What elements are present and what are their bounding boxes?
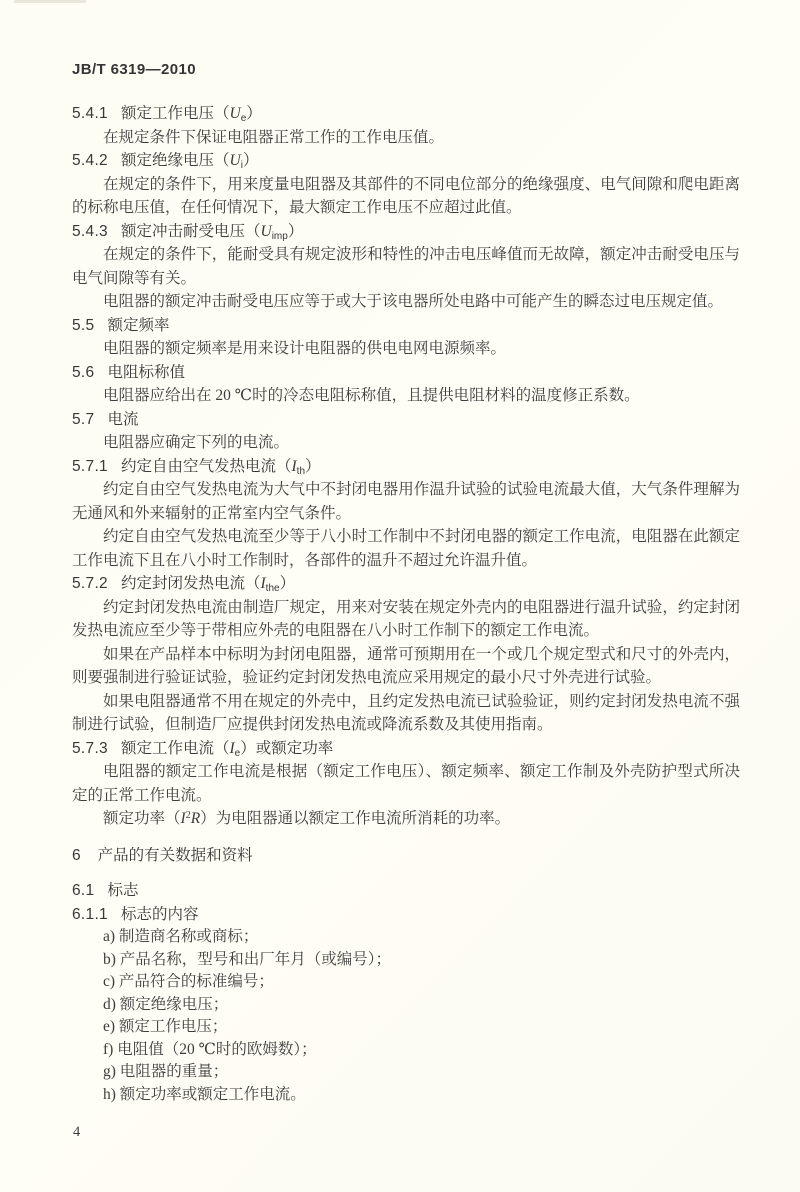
paragraph: 电阻器应确定下列的电流。 bbox=[72, 431, 740, 455]
paragraph: 电阻器的额定频率是用来设计电阻器的供电电网电源频率。 bbox=[72, 337, 740, 361]
text-run: 约定自由空气发热电流为大气中不封闭电器用作温升试验的试验电流最大值，大气条件理解… bbox=[72, 481, 740, 522]
paragraph: 约定封闭发热电流由制造厂规定，用来对安装在规定外壳内的电阻器进行温升试验，约定封… bbox=[72, 596, 740, 643]
text-run: ）为电阻器通以额定工作电流所消耗的功率。 bbox=[200, 810, 510, 827]
symbol-subscript: th bbox=[297, 466, 305, 477]
clause-number: 5.6 bbox=[72, 364, 94, 381]
text-run: 电阻器的额定频率是用来设计电阻器的供电电网电源频率。 bbox=[103, 340, 506, 357]
paragraph: 电阻器的额定工作电流是根据（额定工作电压）、额定频率、额定工作制及外壳防护型式所… bbox=[72, 760, 740, 807]
text-run: 约定自由空气发热电流至少等于八小时工作制中不封闭电器的额定工作电流，电阻器在此额… bbox=[72, 528, 740, 569]
clause-heading: 5.4.1额定工作电压（Ue） bbox=[72, 102, 740, 126]
symbol-variable: U bbox=[230, 105, 241, 122]
symbol-subscript: imp bbox=[272, 231, 288, 242]
list-item: d) 额定绝缘电压； bbox=[72, 994, 740, 1017]
scan-artifact-mark bbox=[14, 0, 86, 3]
scanned-document-page: JB/T 6319—2010 5.4.1额定工作电压（Ue）在规定条件下保证电阻… bbox=[0, 0, 800, 1192]
text-run: ） bbox=[305, 458, 321, 475]
document-code: JB/T 6319—2010 bbox=[72, 61, 196, 78]
text-run: 约定封闭发热电流（ bbox=[121, 575, 261, 592]
text-run: 额定绝缘电压（ bbox=[121, 152, 230, 169]
clause-number: 5.7.1 bbox=[72, 458, 108, 475]
paragraph: 在规定条件下保证电阻器正常工作的工作电压值。 bbox=[72, 126, 740, 150]
text-run: ） bbox=[246, 105, 262, 122]
clause-heading: 6.1标志 bbox=[72, 879, 740, 903]
text-run: 额定工作电压（ bbox=[121, 105, 230, 122]
clause-number: 6.1 bbox=[72, 882, 94, 899]
symbol-variable: U bbox=[261, 223, 272, 240]
list-item: c) 产品符合的标准编号； bbox=[72, 971, 740, 994]
symbol-variable: R bbox=[191, 810, 200, 827]
list-item: a) 制造商名称或商标； bbox=[72, 926, 740, 949]
paragraph: 电阻器的额定冲击耐受电压应等于或大于该电器所处电路中可能产生的瞬态过电压规定值。 bbox=[72, 290, 740, 314]
text-run: ） bbox=[243, 152, 259, 169]
text-run: ） bbox=[288, 223, 304, 240]
text-run: 约定封闭发热电流由制造厂规定，用来对安装在规定外壳内的电阻器进行温升试验，约定封… bbox=[72, 599, 740, 640]
text-run: 电阻器的额定冲击耐受电压应等于或大于该电器所处电路中可能产生的瞬态过电压规定值。 bbox=[103, 293, 723, 310]
clause-heading: 5.7.2约定封闭发热电流（Ithe） bbox=[72, 572, 740, 596]
clause-number: 5.5 bbox=[72, 317, 94, 334]
text-run: 产品的有关数据和资料 bbox=[98, 847, 253, 864]
symbol-subscript: the bbox=[266, 583, 280, 594]
paragraph: 电阻器应给出在 20 ℃时的冷态电阻标称值，且提供电阻材料的温度修正系数。 bbox=[72, 384, 740, 408]
clause-heading: 6.1.1标志的内容 bbox=[72, 903, 740, 927]
text-run: 标志的内容 bbox=[121, 906, 199, 923]
paragraph: 如果电阻器通常不用在规定的外壳中，且约定发热电流已试验验证，则约定封闭发热电流不… bbox=[72, 690, 740, 737]
text-run: 在规定条件下保证电阻器正常工作的工作电压值。 bbox=[103, 129, 444, 146]
list-item: e) 额定工作电压； bbox=[72, 1016, 740, 1039]
clause-heading: 5.7.3额定工作电流（Ie）或额定功率 bbox=[72, 737, 740, 761]
clause-number: 5.4.2 bbox=[72, 152, 108, 169]
text-run: 电流 bbox=[107, 411, 138, 428]
text-run: ） bbox=[280, 575, 296, 592]
clause-heading: 5.7电流 bbox=[72, 408, 740, 432]
paragraph: 在规定的条件下，能耐受具有规定波形和特性的冲击电压峰值而无故障，额定冲击耐受电压… bbox=[72, 243, 740, 290]
clause-heading: 5.4.2额定绝缘电压（Ui） bbox=[72, 149, 740, 173]
paragraph: 在规定的条件下，用来度量电阻器及其部件的不同电位部分的绝缘强度、电气间隙和爬电距… bbox=[72, 173, 740, 220]
text-run: 额定工作电流（ bbox=[121, 740, 230, 757]
clause-number: 5.7 bbox=[72, 411, 94, 428]
list-item: g) 电阻器的重量； bbox=[72, 1061, 740, 1084]
text-run: 额定频率 bbox=[107, 317, 169, 334]
list-item: h) 额定功率或额定工作电流。 bbox=[72, 1084, 740, 1107]
text-run: ）或额定功率 bbox=[240, 740, 333, 757]
text-run: 如果在产品样本中标明为封闭电阻器，通常可预期用在一个或几个规定型式和尺寸的外壳内… bbox=[72, 646, 740, 687]
text-run: b) 产品名称，型号和出厂年月（或编号）； bbox=[103, 951, 391, 968]
paragraph: 如果在产品样本中标明为封闭电阻器，通常可预期用在一个或几个规定型式和尺寸的外壳内… bbox=[72, 643, 740, 690]
text-run: e) 额定工作电压； bbox=[103, 1018, 227, 1035]
text-run: 电阻器应给出在 20 ℃时的冷态电阻标称值，且提供电阻材料的温度修正系数。 bbox=[103, 387, 640, 404]
clause-number: 5.4.3 bbox=[72, 223, 108, 240]
list-item: f) 电阻值（20 ℃时的欧姆数）； bbox=[72, 1039, 740, 1062]
text-run: 如果电阻器通常不用在规定的外壳中，且约定发热电流已试验验证，则约定封闭发热电流不… bbox=[72, 693, 740, 734]
clause-heading: 5.7.1约定自由空气发热电流（Ith） bbox=[72, 455, 740, 479]
symbol-variable: U bbox=[230, 152, 241, 169]
text-run: 标志 bbox=[107, 882, 138, 899]
text-run: a) 制造商名称或商标； bbox=[103, 928, 258, 945]
text-run: h) 额定功率或额定工作电流。 bbox=[103, 1086, 306, 1103]
text-run: 约定自由空气发热电流（ bbox=[121, 458, 292, 475]
clause-number: 5.7.2 bbox=[72, 575, 108, 592]
clause-heading: 5.6电阻标称值 bbox=[72, 361, 740, 385]
list-item: b) 产品名称，型号和出厂年月（或编号）； bbox=[72, 949, 740, 972]
text-run: 在规定的条件下，能耐受具有规定波形和特性的冲击电压峰值而无故障，额定冲击耐受电压… bbox=[72, 246, 740, 287]
clause-number: 6 bbox=[72, 847, 81, 864]
text-run: f) 电阻值（20 ℃时的欧姆数）； bbox=[103, 1041, 317, 1058]
paragraph: 约定自由空气发热电流为大气中不封闭电器用作温升试验的试验电流最大值，大气条件理解… bbox=[72, 478, 740, 525]
text-run: d) 额定绝缘电压； bbox=[103, 996, 228, 1013]
chapter-heading: 6产品的有关数据和资料 bbox=[72, 844, 740, 868]
text-run: 电阻器的额定工作电流是根据（额定工作电压）、额定频率、额定工作制及外壳防护型式所… bbox=[72, 763, 740, 804]
text-run: c) 产品符合的标准编号； bbox=[103, 973, 274, 990]
text-run: 额定冲击耐受电压（ bbox=[121, 223, 261, 240]
paragraph: 额定功率（I2R）为电阻器通以额定工作电流所消耗的功率。 bbox=[72, 807, 740, 831]
clause-number: 5.7.3 bbox=[72, 740, 108, 757]
clause-number: 6.1.1 bbox=[72, 906, 108, 923]
clause-heading: 5.5额定频率 bbox=[72, 314, 740, 338]
text-run: 电阻器应确定下列的电流。 bbox=[103, 434, 289, 451]
text-run: 电阻标称值 bbox=[107, 364, 185, 381]
page-number: 4 bbox=[73, 1124, 80, 1141]
clause-heading: 5.4.3额定冲击耐受电压（Uimp） bbox=[72, 220, 740, 244]
clause-number: 5.4.1 bbox=[72, 105, 108, 122]
text-run: g) 电阻器的重量； bbox=[103, 1063, 228, 1080]
paragraph: 约定自由空气发热电流至少等于八小时工作制中不封闭电器的额定工作电流，电阻器在此额… bbox=[72, 525, 740, 572]
text-run: 额定功率（ bbox=[103, 810, 181, 827]
document-body: 5.4.1额定工作电压（Ue）在规定条件下保证电阻器正常工作的工作电压值。5.4… bbox=[72, 102, 740, 1106]
text-run: 在规定的条件下，用来度量电阻器及其部件的不同电位部分的绝缘强度、电气间隙和爬电距… bbox=[72, 176, 740, 217]
